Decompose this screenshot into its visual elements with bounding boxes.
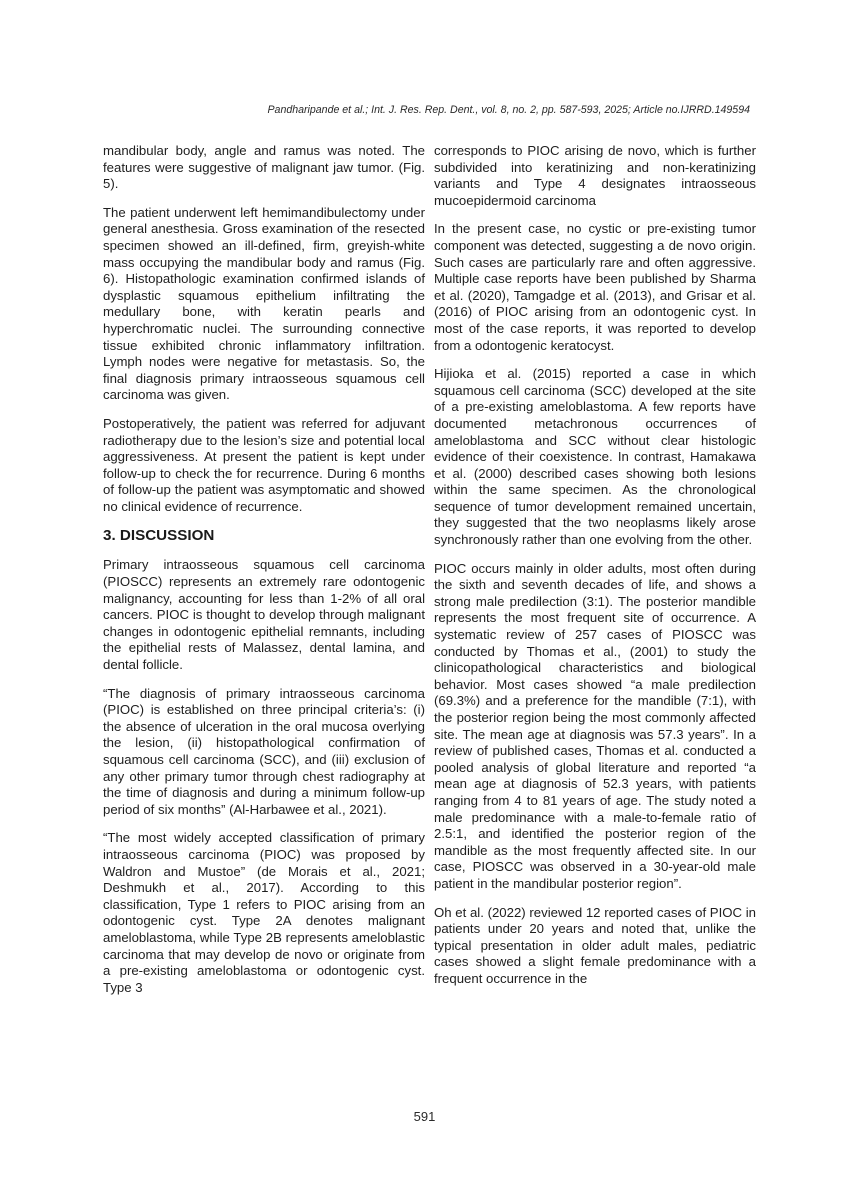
paragraph-pioscc-intro: Primary intraosseous squamous cell carci… xyxy=(103,557,425,673)
paragraph-case-findings: mandibular body, angle and ramus was not… xyxy=(103,143,425,193)
paragraph-ameloblastoma-scc: Hijioka et al. (2015) reported a case in… xyxy=(434,366,756,549)
running-header: Pandharipande et al.; Int. J. Res. Rep. … xyxy=(100,104,750,116)
paragraph-postoperative: Postoperatively, the patient was referre… xyxy=(103,416,425,516)
paragraph-surgery-histopathology: The patient underwent left hemimandibule… xyxy=(103,205,425,404)
paragraph-classification-continued: corresponds to PIOC arising de novo, whi… xyxy=(434,143,756,209)
paragraph-present-case: In the present case, no cystic or pre-ex… xyxy=(434,221,756,354)
left-column: mandibular body, angle and ramus was not… xyxy=(103,143,425,1008)
paragraph-epidemiology: PIOC occurs mainly in older adults, most… xyxy=(434,561,756,893)
paragraph-classification: “The most widely accepted classification… xyxy=(103,830,425,996)
page-number: 591 xyxy=(0,1109,849,1124)
paragraph-pediatric-cases: Oh et al. (2022) reviewed 12 reported ca… xyxy=(434,905,756,988)
section-heading-discussion: 3. DISCUSSION xyxy=(103,527,425,545)
paragraph-diagnostic-criteria: “The diagnosis of primary intraosseous c… xyxy=(103,686,425,819)
right-column: corresponds to PIOC arising de novo, whi… xyxy=(434,143,756,1000)
